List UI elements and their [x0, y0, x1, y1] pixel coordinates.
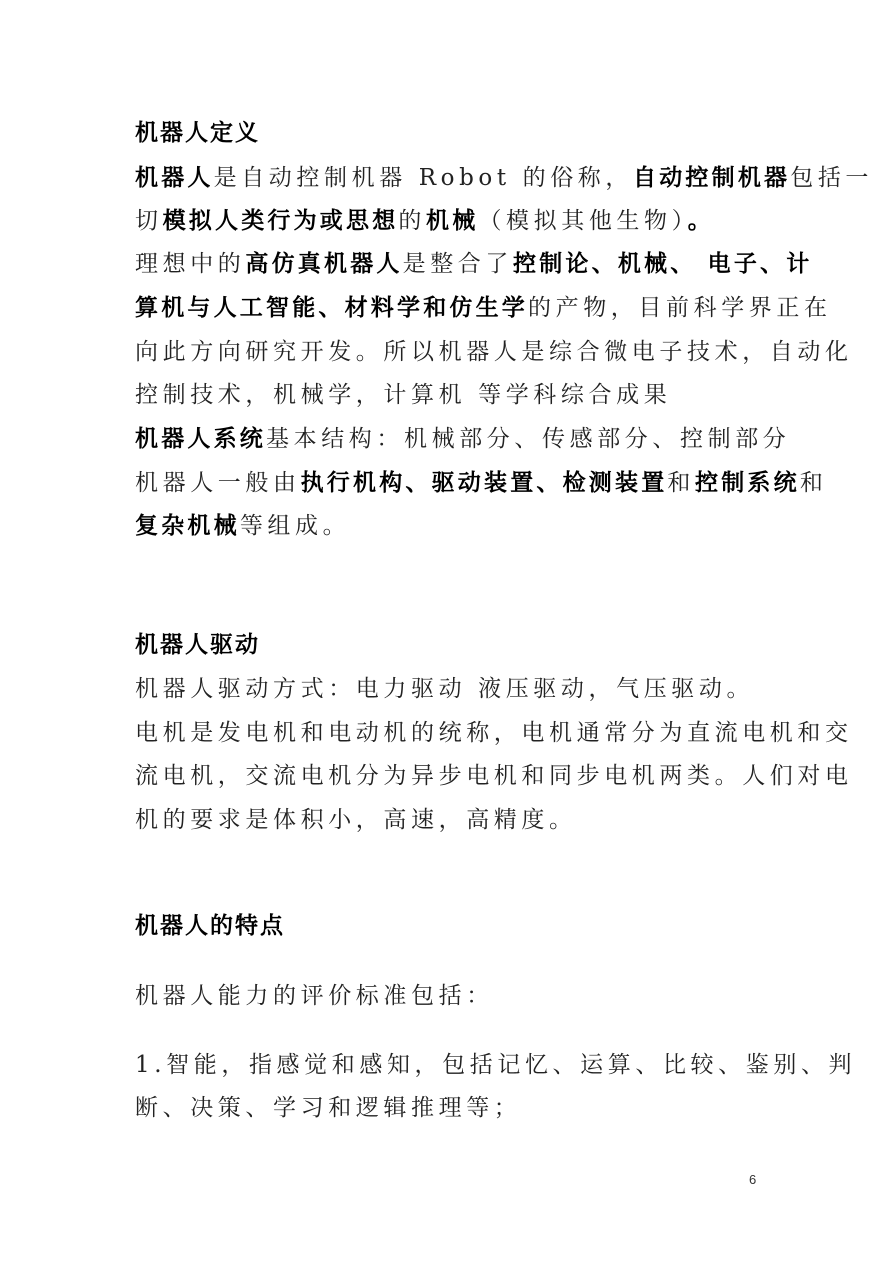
paragraph-line: 机器人驱动方式：电力驱动 液压驱动，气压驱动。: [135, 674, 760, 704]
text: 是整合了: [403, 251, 513, 277]
bold-text: 执行机构、驱动装置、检测装置: [301, 470, 668, 496]
paragraph-line: 向此方向研究开发。所以机器人是综合微电子技术，自动化: [135, 337, 760, 367]
bold-text: 机器人系统: [135, 426, 266, 452]
bold-text: 机器人: [135, 165, 214, 191]
section-heading: 机器人驱动: [135, 630, 760, 660]
text: 机的要求是体积小，高速，高精度。: [135, 807, 577, 833]
text: 包括一: [790, 165, 873, 191]
paragraph-line: 电机是发电机和电动机的统称，电机通常分为直流电机和交: [135, 718, 760, 748]
text: 切: [135, 208, 163, 234]
section-heading: 机器人的特点: [135, 911, 760, 941]
paragraph-line: 切模拟人类行为或思想的机械（模拟其他生物）。: [135, 206, 760, 236]
paragraph-line: 机器人一般由执行机构、驱动装置、检测装置和控制系统和: [135, 468, 760, 498]
paragraph-line: 理想中的高仿真机器人是整合了控制论、机械、 电子、计: [135, 249, 760, 279]
text: （模拟其他生物）: [478, 208, 687, 234]
paragraph-line: 机器人能力的评价标准包括：: [135, 981, 760, 1011]
text: 机器人驱动方式：电力驱动 液压驱动，气压驱动。: [135, 676, 754, 702]
text: 1.智能，指感觉和感知，包括记忆、运算、比较、鉴别、判: [135, 1052, 856, 1078]
document-page: 机器人定义机器人是自动控制机器 Robot 的俗称，自动控制机器包括一切模拟人类…: [0, 0, 892, 1262]
paragraph-line: 控制技术，机械学，计算机 等学科综合成果: [135, 380, 760, 410]
bold-text: 控制论、机械、 电子、计: [513, 251, 812, 277]
paragraph-line: 断、决策、学习和逻辑推理等；: [135, 1093, 760, 1123]
text: 断、决策、学习和逻辑推理等；: [135, 1095, 521, 1121]
text: 向此方向研究开发。所以机器人是综合微电子技术，自动化: [135, 339, 853, 365]
text: 电机是发电机和电动机的统称，电机通常分为直流电机和交: [135, 720, 853, 746]
paragraph-line: 算机与人工智能、材料学和仿生学的产物，目前科学界正在: [135, 293, 760, 323]
paragraph-line: 机器人系统基本结构：机械部分、传感部分、控制部分: [135, 424, 760, 454]
text: 的产物，目前科学界正在: [528, 295, 832, 321]
section-heading: 机器人定义: [135, 118, 760, 148]
bold-text: 复杂机械: [135, 513, 240, 539]
text: 理想中的: [135, 251, 245, 277]
bold-text: 自动控制机器: [633, 165, 790, 191]
paragraph-line: 机器人是自动控制机器 Robot 的俗称，自动控制机器包括一: [135, 163, 760, 193]
paragraph-line: 1.智能，指感觉和感知，包括记忆、运算、比较、鉴别、判: [135, 1050, 760, 1080]
bold-text: 控制系统: [695, 470, 800, 496]
text: 和: [800, 470, 828, 496]
text: 控制技术，机械学，计算机 等学科综合成果: [135, 382, 671, 408]
page-number: 6: [749, 1172, 756, 1187]
bold-text: 模拟人类行为或思想: [163, 208, 399, 234]
text: 的: [398, 208, 426, 234]
text: 流电机，交流电机分为异步电机和同步电机两类。人们对电: [135, 763, 853, 789]
text: 和: [667, 470, 695, 496]
bold-text: 机械: [426, 208, 478, 234]
paragraph-line: 机的要求是体积小，高速，高精度。: [135, 805, 760, 835]
bold-text: 。: [688, 208, 714, 234]
text: 机器人一般由: [135, 470, 301, 496]
text: 是自动控制机器 Robot 的俗称，: [214, 165, 633, 191]
bold-text: 高仿真机器人: [245, 251, 402, 277]
text: 等组成。: [240, 513, 350, 539]
text: 机器人能力的评价标准包括：: [135, 983, 494, 1009]
text: 基本结构：机械部分、传感部分、控制部分: [266, 426, 790, 452]
paragraph-line: 复杂机械等组成。: [135, 511, 760, 541]
bold-text: 算机与人工智能、材料学和仿生学: [135, 295, 528, 321]
paragraph-line: 流电机，交流电机分为异步电机和同步电机两类。人们对电: [135, 761, 760, 791]
